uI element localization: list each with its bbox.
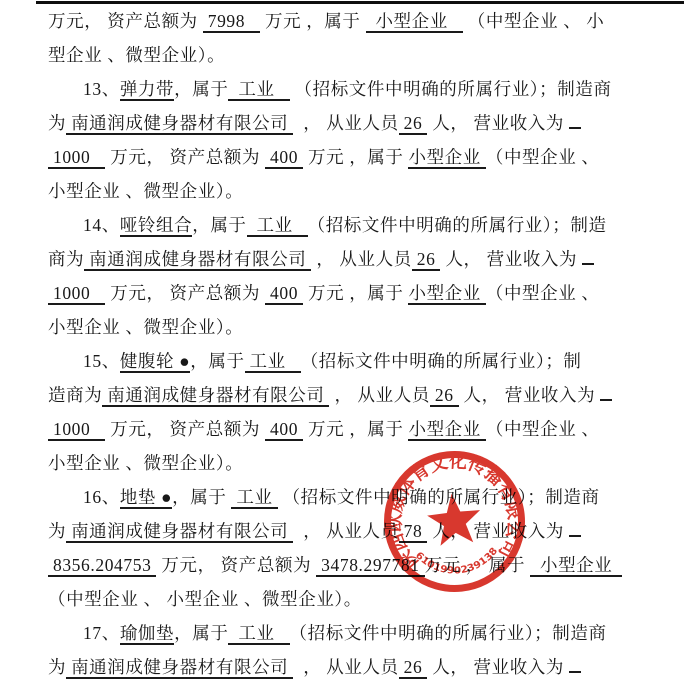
- text-segment: 人， 营业收入为: [440, 249, 582, 269]
- text-segment: ， 从业人员: [329, 385, 429, 405]
- underlined-value: 400: [265, 147, 303, 169]
- text-segment: （招标文件中明确的所属行业）；制造商: [290, 623, 607, 643]
- text-segment: ，属于: [174, 79, 228, 99]
- text-line: 14、哑铃组合，属于 工业 （招标文件中明确的所属行业）；制造: [48, 208, 648, 242]
- text-segment: （中型企业 、 小: [463, 11, 605, 31]
- underlined-value: 1000: [48, 147, 105, 169]
- text-line: 小型企业 、微型企业）。: [48, 174, 648, 208]
- underlined-value: 工业: [228, 623, 289, 645]
- company-seal-stamp: 陕西欧威体育文化传播有限公司 6101990239138: [374, 441, 536, 603]
- text-line: 小型企业 、微型企业）。: [48, 446, 648, 480]
- text-segment: 17、: [83, 623, 120, 643]
- text-segment: ，属于: [174, 623, 228, 643]
- text-segment: 为: [48, 657, 66, 677]
- seal-group: 陕西欧威体育文化传播有限公司 6101990239138: [375, 442, 533, 596]
- underlined-value: 7998: [203, 11, 260, 33]
- underlined-value: 工业: [228, 79, 289, 101]
- text-segment: （中型企业 、: [486, 283, 600, 303]
- text-segment: （中型企业 、 小型企业 、微型企业）。: [48, 589, 362, 609]
- text-line: 万元， 资产总额为 7998 万元 ，属于 小型企业 （中型企业 、 小: [48, 4, 648, 38]
- text-line: 小型企业 、微型企业）。: [48, 310, 648, 344]
- text-segment: 万元， 资产总额为: [105, 283, 265, 303]
- document-body: 万元， 资产总额为 7998 万元 ，属于 小型企业 （中型企业 、 小型企业 …: [48, 4, 648, 683]
- text-segment: 万元， 资产总额为: [48, 11, 203, 31]
- underlined-value: 弹力带: [120, 79, 174, 101]
- text-line: 商为 南通润成健身器材有限公司 ， 从业人员 26 人， 营业收入为: [48, 242, 648, 276]
- text-segment: ，属于: [172, 487, 231, 507]
- text-segment: 万元 ，属于: [303, 283, 408, 303]
- text-line: 为 南通润成健身器材有限公司 ， 从业人员 78 人， 营业收入为: [48, 514, 648, 548]
- underlined-value: 小型企业: [366, 11, 463, 33]
- text-line: （中型企业 、 小型企业 、微型企业）。: [48, 582, 648, 616]
- text-segment: ，属于: [190, 351, 244, 371]
- text-segment: 15、: [83, 351, 120, 371]
- text-segment: （招标文件中明确的所属行业）；制造: [308, 215, 607, 235]
- text-segment: 人， 营业收入为: [427, 657, 569, 677]
- text-line: 为 南通润成健身器材有限公司 ， 从业人员 26 人， 营业收入为: [48, 650, 648, 683]
- underlined-value: 小型企业: [530, 555, 622, 577]
- text-line: 17、瑜伽垫，属于 工业 （招标文件中明确的所属行业）；制造商: [48, 616, 648, 650]
- underlined-value: [582, 248, 594, 266]
- text-segment: 为: [48, 521, 66, 541]
- underlined-value: 26: [412, 249, 441, 271]
- underlined-value: 26: [430, 385, 459, 407]
- text-segment: 万元， 资产总额为: [156, 555, 316, 575]
- text-segment: 造商为: [48, 385, 102, 405]
- text-segment: 小型企业 、微型企业）。: [48, 453, 243, 473]
- text-segment: 13、: [83, 79, 120, 99]
- text-segment: ，属于: [192, 215, 246, 235]
- text-line: 16、地垫 ●，属于 工业 （招标文件中明确的所属行业）；制造商: [48, 480, 648, 514]
- text-segment: （中型企业 、: [486, 419, 600, 439]
- underlined-value: [569, 520, 581, 538]
- underlined-value: [569, 112, 581, 130]
- text-line: 1000 万元， 资产总额为 400 万元 ，属于 小型企业 （中型企业 、: [48, 140, 648, 174]
- underlined-value: 工业: [245, 351, 301, 373]
- underlined-value: 南通润成健身器材有限公司: [66, 521, 293, 543]
- text-segment: ， 从业人员: [311, 249, 411, 269]
- text-segment: 小型企业 、微型企业）。: [48, 317, 243, 337]
- underlined-value: [569, 656, 581, 674]
- text-segment: 万元 ，属于: [260, 11, 365, 31]
- underlined-value: 400: [265, 419, 303, 441]
- text-segment: 16、: [83, 487, 120, 507]
- underlined-value: 南通润成健身器材有限公司: [102, 385, 329, 407]
- underlined-value: 南通润成健身器材有限公司: [84, 249, 311, 271]
- text-segment: 为: [48, 113, 66, 133]
- text-segment: 万元 ，属于: [303, 147, 408, 167]
- underlined-value: 1000: [48, 419, 105, 441]
- text-line: 8356.204753 万元， 资产总额为 3478.297781 万元 ， 属…: [48, 548, 648, 582]
- text-segment: 万元， 资产总额为: [105, 147, 265, 167]
- text-segment: 人， 营业收入为: [459, 385, 601, 405]
- text-segment: 商为: [48, 249, 84, 269]
- text-line: 1000 万元， 资产总额为 400 万元 ，属于 小型企业 （中型企业 、: [48, 276, 648, 310]
- underlined-value: 1000: [48, 283, 105, 305]
- text-segment: ， 从业人员: [293, 657, 398, 677]
- text-line: 13、弹力带，属于 工业 （招标文件中明确的所属行业）；制造商: [48, 72, 648, 106]
- underlined-value: 小型企业: [408, 283, 485, 305]
- text-segment: （招标文件中明确的所属行业）；制: [301, 351, 582, 371]
- underlined-value: 健腹轮 ●: [120, 351, 190, 373]
- text-line: 15、健腹轮 ●，属于 工业 （招标文件中明确的所属行业）；制: [48, 344, 648, 378]
- text-line: 为 南通润成健身器材有限公司 ， 从业人员 26 人， 营业收入为: [48, 106, 648, 140]
- underlined-value: 瑜伽垫: [120, 623, 174, 645]
- text-segment: ， 从业人员: [293, 113, 398, 133]
- text-segment: 人， 营业收入为: [427, 113, 569, 133]
- underlined-value: 小型企业: [408, 147, 485, 169]
- underlined-value: 哑铃组合: [120, 215, 192, 237]
- underlined-value: [600, 384, 612, 402]
- text-segment: 型企业 、微型企业）。: [48, 45, 225, 65]
- underlined-value: 26: [399, 657, 428, 679]
- text-segment: （招标文件中明确的所属行业）；制造商: [290, 79, 612, 99]
- text-line: 型企业 、微型企业）。: [48, 38, 648, 72]
- underlined-value: 工业: [247, 215, 308, 237]
- text-segment: （中型企业 、: [486, 147, 600, 167]
- underlined-value: 地垫 ●: [120, 487, 172, 509]
- text-segment: 万元， 资产总额为: [105, 419, 265, 439]
- underlined-value: 工业: [231, 487, 277, 509]
- text-segment: 14、: [83, 215, 120, 235]
- text-line: 造商为 南通润成健身器材有限公司 ， 从业人员 26 人， 营业收入为: [48, 378, 648, 412]
- text-segment: 万元 ，属于: [303, 419, 408, 439]
- text-line: 1000 万元， 资产总额为 400 万元 ，属于 小型企业 （中型企业 、: [48, 412, 648, 446]
- text-segment: 小型企业 、微型企业）。: [48, 181, 243, 201]
- underlined-value: 南通润成健身器材有限公司: [66, 113, 293, 135]
- underlined-value: 小型企业: [408, 419, 485, 441]
- red-star-icon: [425, 491, 483, 547]
- underlined-value: 400: [265, 283, 303, 305]
- underlined-value: 8356.204753: [48, 555, 156, 577]
- underlined-value: 南通润成健身器材有限公司: [66, 657, 293, 679]
- document-page: 万元， 资产总额为 7998 万元 ，属于 小型企业 （中型企业 、 小型企业 …: [0, 0, 684, 683]
- underlined-value: 26: [399, 113, 428, 135]
